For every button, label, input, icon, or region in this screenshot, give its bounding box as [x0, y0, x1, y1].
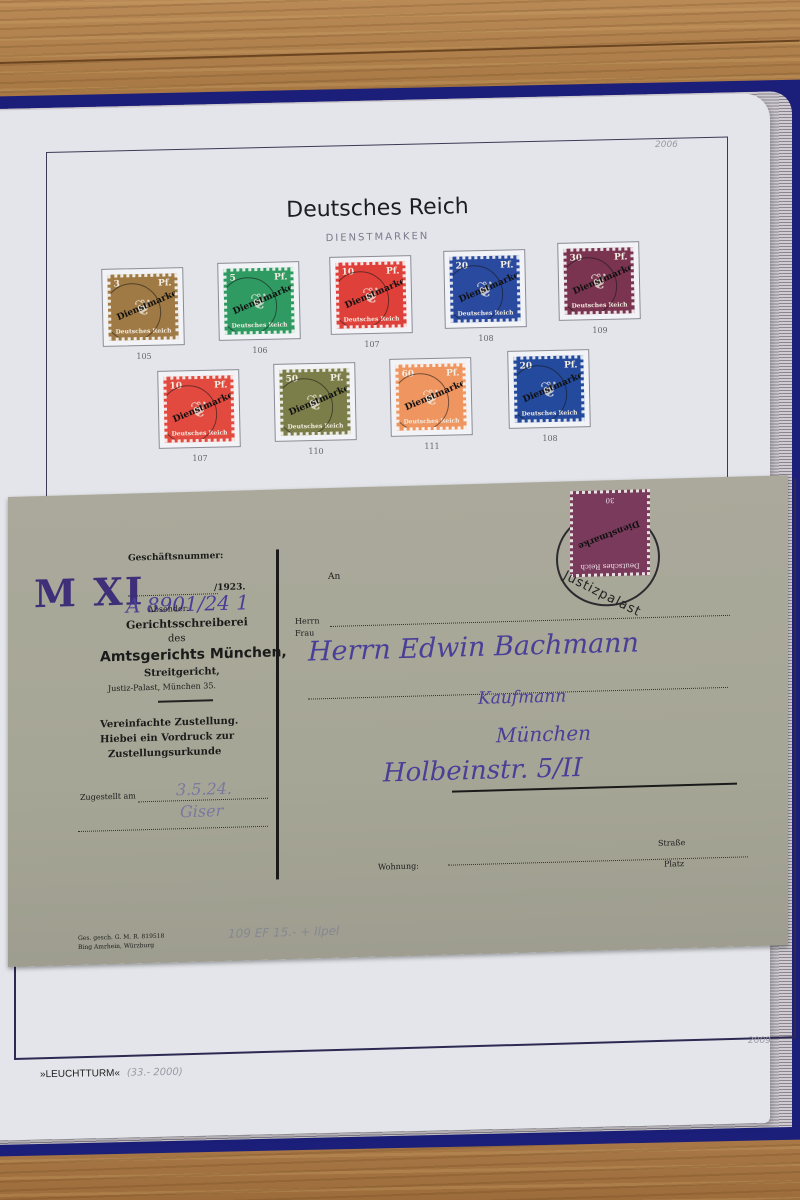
catalog-number: 108: [446, 334, 526, 343]
address-underline: [158, 699, 213, 703]
recipient-occupation: Kaufmann: [478, 686, 566, 708]
catalog-number: 110: [276, 447, 356, 456]
cover-stamp-overprint: Dienstmarke: [576, 518, 640, 551]
brand-name: »LEUCHTTURM«: [40, 1068, 120, 1080]
stamp-mount: 20Pf.❦Deutsches ReichDienstmarke: [507, 349, 591, 429]
cover-stamp-country: Deutsches Reich: [580, 561, 639, 571]
square-label: Platz: [664, 859, 684, 869]
printer-line-1: Ges. gesch. G. M. R. 819518: [78, 933, 164, 942]
stamp-currency: Pf.: [564, 360, 578, 370]
court-name: Amtsgerichts München,: [100, 644, 287, 665]
pencil-note-top: 2006: [655, 140, 678, 150]
residence-label: Wohnung:: [378, 862, 419, 872]
stamp-currency: Pf.: [614, 252, 628, 262]
signature-line: [78, 826, 268, 832]
to-label: An: [328, 572, 340, 582]
catalog-number: 108: [510, 434, 590, 443]
stamp-mount: 5Pf.❦Deutsches ReichDienstmarke: [217, 261, 301, 341]
stamp-mount: 10Pf.❦Deutsches ReichDienstmarke: [157, 369, 241, 449]
stamp-mount: 30Pf.❦Deutsches ReichDienstmarke: [557, 241, 641, 321]
recipient-name: Herrn Edwin Bachmann: [308, 627, 639, 667]
stamp-currency: Pf.: [274, 272, 288, 282]
stamp-currency: Pf.: [158, 278, 172, 288]
notice-line-2: Hiebei ein Vordruck zur: [100, 731, 234, 746]
residence-line: [448, 856, 748, 865]
address-line-1: [330, 615, 730, 627]
stamp: 5Pf.❦Deutsches ReichDienstmarke: [223, 267, 294, 334]
stamp-mount: 60Pf.❦Deutsches ReichDienstmarke: [389, 357, 473, 437]
herrn-label: Herrn: [295, 616, 320, 626]
sender-label: Absender:: [148, 604, 189, 614]
catalog-number: 105: [104, 352, 184, 361]
stamp-mount: 10Pf.❦Deutsches ReichDienstmarke: [329, 255, 413, 335]
pencil-catalog-note: 109 EF 15.- + Ilpel: [228, 924, 339, 941]
delivered-label: Zugestellt am: [80, 791, 136, 802]
pencil-price-note: (33.- 2000): [127, 1067, 183, 1079]
stamp-currency: Pf.: [214, 380, 228, 390]
stamp-currency: Pf.: [386, 266, 400, 276]
stamp-mount: 50Pf.❦Deutsches ReichDienstmarke: [273, 362, 357, 442]
court-department: Streitgericht,: [144, 666, 220, 679]
cover-stamp: Deutsches Reich Dienstmarke 30: [570, 489, 650, 577]
recipient-street: Holbeinstr. 5/II: [383, 753, 582, 789]
stamp: 20Pf.❦Deutsches ReichDienstmarke: [513, 355, 584, 422]
catalog-number: 107: [160, 454, 240, 463]
recipient-city: München: [496, 721, 591, 748]
stamp: 50Pf.❦Deutsches ReichDienstmarke: [279, 368, 350, 435]
stamp: 30Pf.❦Deutsches ReichDienstmarke: [563, 247, 634, 314]
stamp: 20Pf.❦Deutsches ReichDienstmarke: [449, 255, 520, 322]
cover-divider: [276, 549, 279, 879]
stamp: 3Pf.❦Deutsches ReichDienstmarke: [107, 273, 178, 340]
handwritten-signature: Giser: [180, 801, 223, 821]
court-address: Justiz-Palast, München 35.: [108, 681, 216, 693]
catalog-number: 109: [560, 326, 640, 335]
sender-of: des: [168, 633, 185, 644]
notice-line-3: Zustellungsurkunde: [108, 746, 221, 760]
catalog-number: 107: [332, 340, 412, 349]
stamp-mount: 3Pf.❦Deutsches ReichDienstmarke: [101, 267, 185, 347]
street-label: Straße: [658, 838, 685, 848]
printer-line-2: Bing Amrhein, Würzburg: [78, 942, 154, 951]
cover-stamp-value: 30: [606, 496, 615, 504]
stamp-currency: Pf.: [500, 260, 514, 270]
stamp-currency: Pf.: [446, 368, 460, 378]
stamp: 10Pf.❦Deutsches ReichDienstmarke: [335, 261, 406, 328]
catalog-number: 111: [392, 442, 472, 451]
pencil-note-bottom: 2009: [748, 1036, 771, 1046]
stamp-currency: Pf.: [330, 373, 344, 383]
notice-line-1: Vereinfachte Zustellung.: [100, 716, 238, 731]
business-number-label: Geschäftsnummer:: [128, 551, 223, 564]
sender-office: Gerichtsschreiberei: [126, 615, 248, 631]
handwritten-date: 3.5.24.: [176, 779, 232, 800]
catalog-number: 106: [220, 346, 300, 355]
envelope-cover: M XI Geschäftsnummer: /1923. A 8901/24 1…: [8, 475, 788, 967]
stamp-mount: 20Pf.❦Deutsches ReichDienstmarke: [443, 249, 527, 329]
stamp: 60Pf.❦Deutsches ReichDienstmarke: [395, 363, 466, 430]
stamp: 10Pf.❦Deutsches ReichDienstmarke: [163, 375, 234, 442]
